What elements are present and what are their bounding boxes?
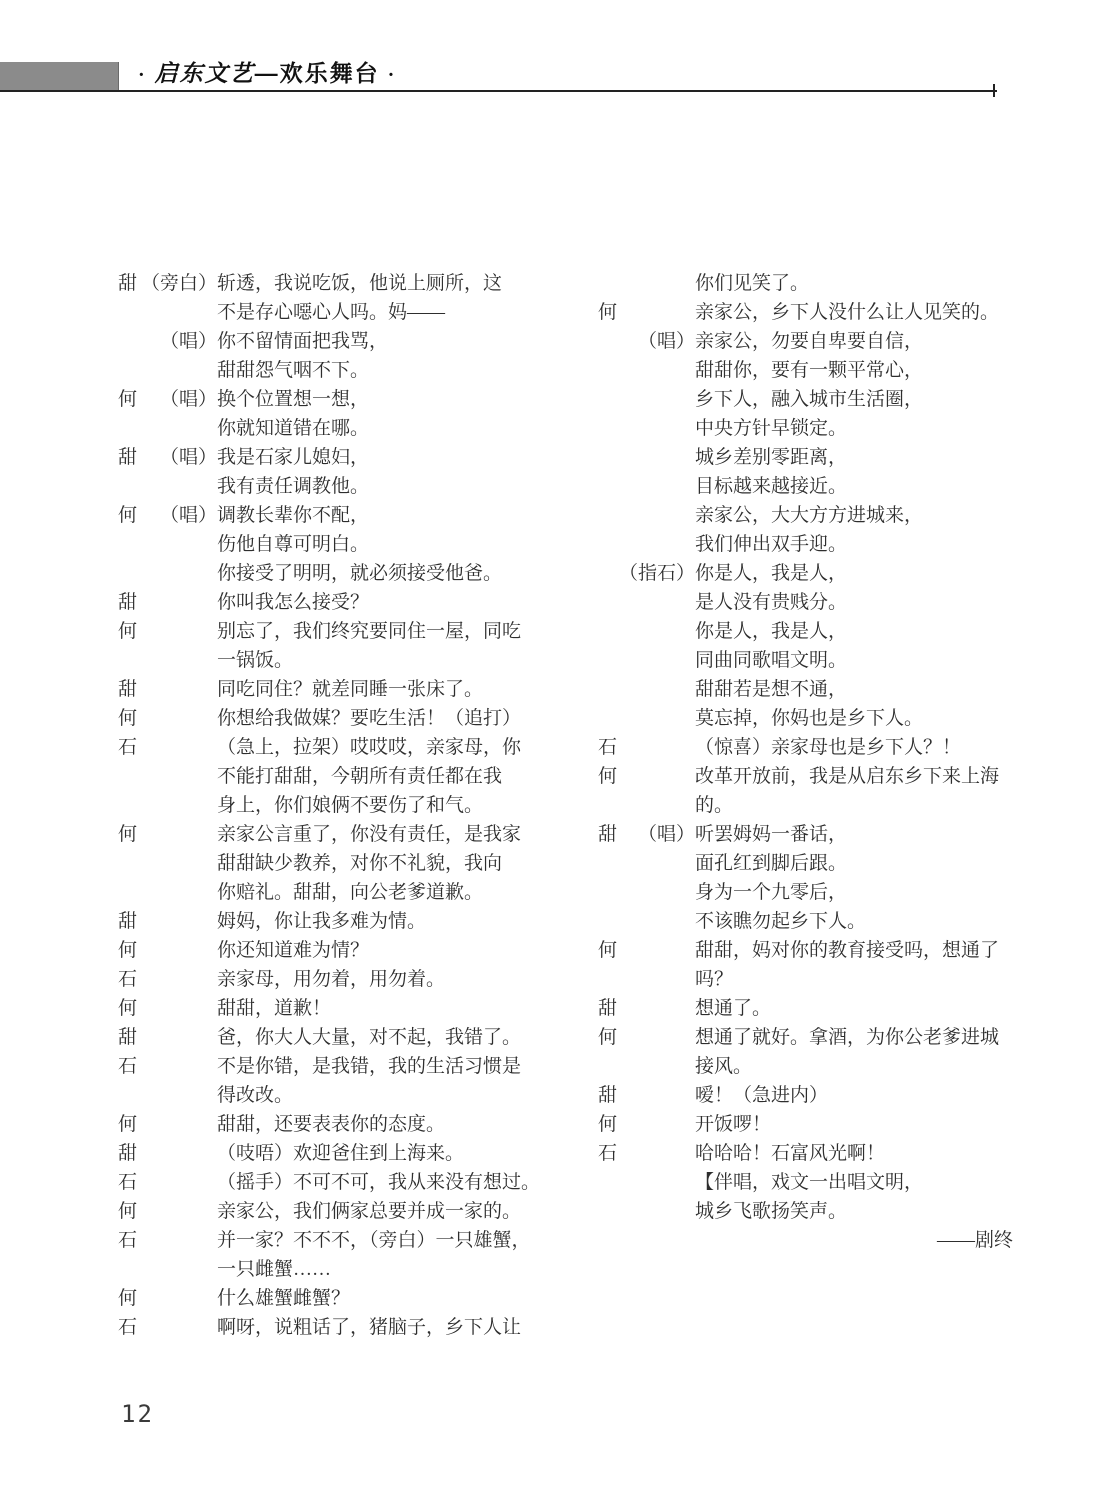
line-text: 别忘了，我们终究要同住一屋，同吃	[217, 617, 524, 646]
line-text: 莫忘掉，你妈也是乡下人。	[695, 704, 1013, 733]
speaker-label: 何	[118, 385, 137, 414]
speaker-zone: 何	[598, 762, 695, 791]
line-text: 换个位置想一想，	[217, 385, 524, 414]
speaker-label: 何	[118, 820, 137, 849]
line-text: 不是存心噁心人吗。妈——	[217, 298, 524, 327]
line-text: 爸，你大人大量，对不起，我错了。	[217, 1023, 524, 1052]
line-text: 你们见笑了。	[695, 269, 1013, 298]
speaker-zone: 何	[118, 1197, 217, 1226]
speaker-label: 何	[118, 617, 137, 646]
script-line: 甜（旁白）斩透，我说吃饭，他说上厕所，这	[118, 269, 524, 298]
speaker-zone: 何	[118, 994, 217, 1023]
script-line: 甜甜若是想不通，	[598, 675, 1013, 704]
line-text: 一锅饭。	[217, 646, 524, 675]
script-line: 面孔红到脚后跟。	[598, 849, 1013, 878]
speaker-label: 石	[118, 965, 137, 994]
line-text: 甜甜怨气咽不下。	[217, 356, 524, 385]
script-line: 是人没有贵贱分。	[598, 588, 1013, 617]
script-line: （唱）亲家公，勿要自卑要自信，	[598, 327, 1013, 356]
speaker-zone: 甜	[118, 1139, 217, 1168]
speaker-label: 甜	[598, 1081, 617, 1110]
speaker-label: 何	[118, 501, 137, 530]
speaker-zone: 石	[598, 733, 695, 762]
speaker-zone	[118, 1255, 217, 1284]
header-gray-bar	[0, 62, 119, 92]
speaker-label: 何	[118, 936, 137, 965]
line-text: 乡下人，融入城市生活圈，	[695, 385, 1013, 414]
script-line: 石亲家母，用勿着，用勿着。	[118, 965, 524, 994]
script-line: 你就知道错在哪。	[118, 414, 524, 443]
script-line: 何想通了就好。拿酒，为你公老爹进城	[598, 1023, 1013, 1052]
speaker-zone	[598, 791, 695, 820]
speaker-zone	[118, 414, 217, 443]
script-line: 何你想给我做媒？要吃生活！（追打）	[118, 704, 524, 733]
line-text: 亲家公言重了，你没有责任，是我家	[217, 820, 524, 849]
speaker-zone	[598, 501, 695, 530]
script-line: 不该瞧勿起乡下人。	[598, 907, 1013, 936]
line-text: 亲家公，我们俩家总要并成一家的。	[217, 1197, 524, 1226]
speaker-zone	[118, 298, 217, 327]
magazine-page: ·启东文艺—欢乐舞台· 甜（旁白）斩透，我说吃饭，他说上厕所，这不是存心噁心人吗…	[0, 0, 1100, 1503]
script-line: 甜（吱唔）欢迎爸住到上海来。	[118, 1139, 524, 1168]
speaker-label: 石	[118, 1313, 137, 1342]
speaker-zone: 甜（唱）	[118, 443, 217, 472]
script-line: 得改改。	[118, 1081, 524, 1110]
line-text: 听罢姆妈一番话，	[695, 820, 1013, 849]
header-rule	[0, 90, 997, 92]
line-text: 你想给我做媒？要吃生活！（追打）	[217, 704, 524, 733]
script-line: 甜甜你，要有一颗平常心，	[598, 356, 1013, 385]
line-text: ——剧终	[937, 1226, 1013, 1255]
script-line: 目标越来越接近。	[598, 472, 1013, 501]
speaker-label: 何	[118, 994, 137, 1023]
line-text: 你叫我怎么接受？	[217, 588, 524, 617]
script-column-left: 甜（旁白）斩透，我说吃饭，他说上厕所，这不是存心噁心人吗。妈——（唱）你不留情面…	[118, 269, 524, 1342]
section-title: —欢乐舞台	[255, 60, 380, 86]
script-line: 身上，你们娘俩不要伤了和气。	[118, 791, 524, 820]
script-line: 同曲同歌唱文明。	[598, 646, 1013, 675]
speaker-zone	[598, 443, 695, 472]
speaker-zone: 何	[118, 936, 217, 965]
script-line: 不是存心噁心人吗。妈——	[118, 298, 524, 327]
header-rule-tick	[993, 84, 995, 97]
speaker-zone: 甜	[118, 907, 217, 936]
line-text: 你是人，我是人，	[695, 617, 1013, 646]
script-line: 石（摇手）不可不可，我从来没有想过。	[118, 1168, 524, 1197]
line-text: 城乡飞歌扬笑声。	[695, 1197, 1013, 1226]
line-text: （急上，拉架）哎哎哎，亲家母，你	[217, 733, 524, 762]
line-text: 伤他自尊可明白。	[217, 530, 524, 559]
speaker-zone	[598, 269, 695, 298]
line-text: 不能打甜甜，今朝所有责任都在我	[217, 762, 524, 791]
script-line: 莫忘掉，你妈也是乡下人。	[598, 704, 1013, 733]
line-text: 目标越来越接近。	[695, 472, 1013, 501]
script-line: 何亲家公，我们俩家总要并成一家的。	[118, 1197, 524, 1226]
page-number: 12	[121, 1400, 154, 1428]
speaker-zone: 石	[118, 733, 217, 762]
script-line: 我们伸出双手迎。	[598, 530, 1013, 559]
speaker-label: 甜	[118, 443, 137, 472]
line-text: 得改改。	[217, 1081, 524, 1110]
speaker-zone: 石	[118, 1226, 217, 1255]
line-text: 身上，你们娘俩不要伤了和气。	[217, 791, 524, 820]
speaker-zone	[598, 965, 695, 994]
line-text: 面孔红到脚后跟。	[695, 849, 1013, 878]
script-line: 石并一家？不不不，（旁白）一只雄蟹，	[118, 1226, 524, 1255]
right-dot: ·	[380, 64, 405, 86]
script-column-right: 你们见笑了。何亲家公，乡下人没什么让人见笑的。（唱）亲家公，勿要自卑要自信，甜甜…	[598, 269, 1013, 1255]
speaker-zone	[598, 472, 695, 501]
speaker-label: 何	[598, 298, 617, 327]
stage-direction: （唱）	[638, 820, 695, 849]
speaker-label: 甜	[118, 675, 137, 704]
script-line: 身为一个九零后，	[598, 878, 1013, 907]
script-line: 何甜甜，还要表表你的态度。	[118, 1110, 524, 1139]
speaker-label: 何	[118, 1110, 137, 1139]
speaker-label: 何	[118, 1197, 137, 1226]
speaker-zone: （指石）	[598, 559, 695, 588]
script-line: 【伴唱，戏文一出唱文明，	[598, 1168, 1013, 1197]
line-text: （吱唔）欢迎爸住到上海来。	[217, 1139, 524, 1168]
script-line: 你是人，我是人，	[598, 617, 1013, 646]
speaker-zone: 甜	[118, 1023, 217, 1052]
speaker-zone: 何	[118, 704, 217, 733]
speaker-zone: 何	[598, 936, 695, 965]
line-text: 城乡差别零距离，	[695, 443, 1013, 472]
speaker-label: 石	[118, 733, 137, 762]
line-text: 我是石家儿媳妇，	[217, 443, 524, 472]
speaker-zone	[598, 385, 695, 414]
speaker-label: 何	[118, 704, 137, 733]
line-text: 亲家公，勿要自卑要自信，	[695, 327, 1013, 356]
speaker-zone: 甜	[598, 1081, 695, 1110]
script-line: 一锅饭。	[118, 646, 524, 675]
line-text: 同曲同歌唱文明。	[695, 646, 1013, 675]
line-text: 开饭啰！	[695, 1110, 1013, 1139]
speaker-zone	[598, 356, 695, 385]
script-line: 城乡飞歌扬笑声。	[598, 1197, 1013, 1226]
speaker-zone	[118, 878, 217, 907]
script-line: 你赔礼。甜甜，向公老爹道歉。	[118, 878, 524, 907]
stage-direction: （唱）	[160, 385, 217, 414]
script-line: 甜（唱）我是石家儿媳妇，	[118, 443, 524, 472]
stage-direction: （唱）	[160, 443, 217, 472]
script-line: 吗？	[598, 965, 1013, 994]
script-line: 亲家公，大大方方进城来，	[598, 501, 1013, 530]
script-line: 甜甜怨气咽不下。	[118, 356, 524, 385]
speaker-label: 何	[598, 936, 617, 965]
speaker-zone	[598, 675, 695, 704]
speaker-label: 甜	[598, 820, 617, 849]
script-line: 何开饭啰！	[598, 1110, 1013, 1139]
line-text: 并一家？不不不，（旁白）一只雄蟹，	[217, 1226, 531, 1255]
speaker-zone	[598, 907, 695, 936]
stage-direction: （旁白）	[141, 269, 217, 298]
line-text: 亲家公，大大方方进城来，	[695, 501, 1013, 530]
speaker-zone	[598, 1168, 695, 1197]
line-text: 甜甜若是想不通，	[695, 675, 1013, 704]
speaker-zone	[598, 530, 695, 559]
line-text: 甜甜，道歉！	[217, 994, 524, 1023]
script-line: 石啊呀，说粗话了，猪脑子，乡下人让	[118, 1313, 524, 1342]
line-text: 同吃同住？就差同睡一张床了。	[217, 675, 524, 704]
speaker-zone: 甜	[598, 994, 695, 1023]
speaker-zone: 何	[598, 298, 695, 327]
line-text: 你是人，我是人，	[695, 559, 1013, 588]
line-text: 不该瞧勿起乡下人。	[695, 907, 1013, 936]
script-line: ——剧终	[598, 1226, 1013, 1255]
line-text: 甜甜，还要表表你的态度。	[217, 1110, 524, 1139]
speaker-zone	[598, 849, 695, 878]
speaker-label: 石	[118, 1052, 137, 1081]
stage-direction: （唱）	[160, 501, 217, 530]
line-text: 嗳！（急进内）	[695, 1081, 1013, 1110]
line-text: 什么雄蟹雌蟹？	[217, 1284, 524, 1313]
speaker-label: 石	[118, 1168, 137, 1197]
script-line: 何你还知道难为情？	[118, 936, 524, 965]
speaker-zone: 甜（唱）	[598, 820, 695, 849]
line-text: 亲家公，乡下人没什么让人见笑的。	[695, 298, 1013, 327]
script-line: 何亲家公，乡下人没什么让人见笑的。	[598, 298, 1013, 327]
speaker-zone: 何	[118, 820, 217, 849]
line-text: 身为一个九零后，	[695, 878, 1013, 907]
speaker-label: 甜	[118, 588, 137, 617]
line-text: 一只雌蟹……	[217, 1255, 524, 1284]
speaker-zone: 甜	[118, 588, 217, 617]
script-line: 何别忘了，我们终究要同住一屋，同吃	[118, 617, 524, 646]
line-text: 你就知道错在哪。	[217, 414, 524, 443]
line-text: 你赔礼。甜甜，向公老爹道歉。	[217, 878, 524, 907]
stage-direction: （唱）	[638, 327, 695, 356]
speaker-zone	[118, 646, 217, 675]
line-text: 接风。	[695, 1052, 1013, 1081]
script-line: （指石）你是人，我是人，	[598, 559, 1013, 588]
stage-direction: （指石）	[619, 559, 695, 588]
speaker-zone	[598, 617, 695, 646]
speaker-zone	[118, 791, 217, 820]
script-line: 甜你叫我怎么接受？	[118, 588, 524, 617]
speaker-zone: 石	[118, 1168, 217, 1197]
line-text: 你接受了明明，就必须接受他爸。	[217, 559, 524, 588]
line-text: 斩透，我说吃饭，他说上厕所，这	[217, 269, 524, 298]
speaker-zone: 石	[118, 1313, 217, 1342]
speaker-zone: 石	[118, 965, 217, 994]
left-dot: ·	[130, 64, 155, 86]
script-line: 甜嗳！（急进内）	[598, 1081, 1013, 1110]
speaker-zone: 何（唱）	[118, 501, 217, 530]
script-line: 甜同吃同住？就差同睡一张床了。	[118, 675, 524, 704]
script-line: 何甜甜，妈对你的教育接受吗，想通了	[598, 936, 1013, 965]
script-line: （唱）你不留情面把我骂，	[118, 327, 524, 356]
line-text: 甜甜，妈对你的教育接受吗，想通了	[695, 936, 1013, 965]
script-line: 何改革开放前，我是从启东乡下来上海	[598, 762, 1013, 791]
speaker-zone: 何	[118, 1110, 217, 1139]
line-text: 想通了。	[695, 994, 1013, 1023]
script-line: 中央方针早锁定。	[598, 414, 1013, 443]
speaker-label: 甜	[118, 269, 137, 298]
line-text: 哈哈哈！石富风光啊！	[695, 1139, 1013, 1168]
script-line: 乡下人，融入城市生活圈，	[598, 385, 1013, 414]
speaker-zone	[118, 559, 217, 588]
magazine-title: 启东文艺	[155, 61, 255, 86]
script-line: 何（唱）调教长辈你不配，	[118, 501, 524, 530]
line-text: 我们伸出双手迎。	[695, 530, 1013, 559]
line-text: 是人没有贵贱分。	[695, 588, 1013, 617]
speaker-label: 石	[598, 733, 617, 762]
line-text: 吗？	[695, 965, 1013, 994]
speaker-zone	[598, 646, 695, 675]
line-text: 我有责任调教他。	[217, 472, 524, 501]
speaker-zone	[598, 1197, 695, 1226]
line-text: 你还知道难为情？	[217, 936, 524, 965]
speaker-zone	[118, 762, 217, 791]
line-text: 你不留情面把我骂，	[217, 327, 524, 356]
script-line: 甜姆妈，你让我多难为情。	[118, 907, 524, 936]
script-line: 甜想通了。	[598, 994, 1013, 1023]
speaker-zone: 甜	[118, 675, 217, 704]
line-text: 的。	[695, 791, 1013, 820]
speaker-zone	[118, 1081, 217, 1110]
speaker-zone	[118, 356, 217, 385]
line-text: 不是你错，是我错，我的生活习惯是	[217, 1052, 524, 1081]
speaker-zone	[598, 704, 695, 733]
script-line: 我有责任调教他。	[118, 472, 524, 501]
speaker-zone	[598, 414, 695, 443]
script-line: 何什么雄蟹雌蟹？	[118, 1284, 524, 1313]
line-text: 甜甜缺少教养，对你不礼貌，我向	[217, 849, 524, 878]
speaker-zone	[118, 849, 217, 878]
speaker-zone: 石	[118, 1052, 217, 1081]
script-line: 城乡差别零距离，	[598, 443, 1013, 472]
line-text: 中央方针早锁定。	[695, 414, 1013, 443]
script-line: 何（唱）换个位置想一想，	[118, 385, 524, 414]
script-line: 甜爸，你大人大量，对不起，我错了。	[118, 1023, 524, 1052]
speaker-zone: 石	[598, 1139, 695, 1168]
line-text: 改革开放前，我是从启东乡下来上海	[695, 762, 1013, 791]
script-line: 你们见笑了。	[598, 269, 1013, 298]
line-text: 亲家母，用勿着，用勿着。	[217, 965, 524, 994]
line-text: 【伴唱，戏文一出唱文明，	[695, 1168, 1013, 1197]
speaker-zone	[598, 1052, 695, 1081]
running-head: ·启东文艺—欢乐舞台·	[130, 58, 404, 88]
script-line: 石（急上，拉架）哎哎哎，亲家母，你	[118, 733, 524, 762]
script-line: 甜甜缺少教养，对你不礼貌，我向	[118, 849, 524, 878]
script-line: 伤他自尊可明白。	[118, 530, 524, 559]
speaker-label: 何	[598, 1023, 617, 1052]
speaker-zone: 何	[598, 1023, 695, 1052]
speaker-zone: 何	[598, 1110, 695, 1139]
script-line: 石哈哈哈！石富风光啊！	[598, 1139, 1013, 1168]
script-line: 接风。	[598, 1052, 1013, 1081]
script-line: 的。	[598, 791, 1013, 820]
speaker-zone	[598, 588, 695, 617]
speaker-label: 甜	[118, 1139, 137, 1168]
script-line: 一只雌蟹……	[118, 1255, 524, 1284]
line-text: 想通了就好。拿酒，为你公老爹进城	[695, 1023, 1013, 1052]
speaker-label: 甜	[598, 994, 617, 1023]
speaker-label: 何	[598, 762, 617, 791]
line-text: （惊喜）亲家母也是乡下人？！	[695, 733, 1013, 762]
script-line: 不能打甜甜，今朝所有责任都在我	[118, 762, 524, 791]
line-text: 啊呀，说粗话了，猪脑子，乡下人让	[217, 1313, 524, 1342]
script-line: 石（惊喜）亲家母也是乡下人？！	[598, 733, 1013, 762]
script-line: 石不是你错，是我错，我的生活习惯是	[118, 1052, 524, 1081]
script-line: 何亲家公言重了，你没有责任，是我家	[118, 820, 524, 849]
speaker-zone	[118, 472, 217, 501]
speaker-zone: 何（唱）	[118, 385, 217, 414]
speaker-label: 石	[118, 1226, 137, 1255]
stage-direction: （唱）	[160, 327, 217, 356]
speaker-label: 甜	[118, 907, 137, 936]
speaker-zone: 何	[118, 1284, 217, 1313]
speaker-label: 甜	[118, 1023, 137, 1052]
speaker-zone: （唱）	[598, 327, 695, 356]
speaker-label: 石	[598, 1139, 617, 1168]
script-line: 何甜甜，道歉！	[118, 994, 524, 1023]
line-text: 姆妈，你让我多难为情。	[217, 907, 524, 936]
speaker-zone: （唱）	[118, 327, 217, 356]
speaker-zone	[598, 878, 695, 907]
script-line: 甜（唱）听罢姆妈一番话，	[598, 820, 1013, 849]
speaker-zone	[118, 530, 217, 559]
line-text: （摇手）不可不可，我从来没有想过。	[217, 1168, 540, 1197]
line-text: 调教长辈你不配，	[217, 501, 524, 530]
line-text: 甜甜你，要有一颗平常心，	[695, 356, 1013, 385]
speaker-zone: 甜（旁白）	[118, 269, 217, 298]
speaker-zone: 何	[118, 617, 217, 646]
script-line: 你接受了明明，就必须接受他爸。	[118, 559, 524, 588]
speaker-label: 何	[598, 1110, 617, 1139]
speaker-label: 何	[118, 1284, 137, 1313]
